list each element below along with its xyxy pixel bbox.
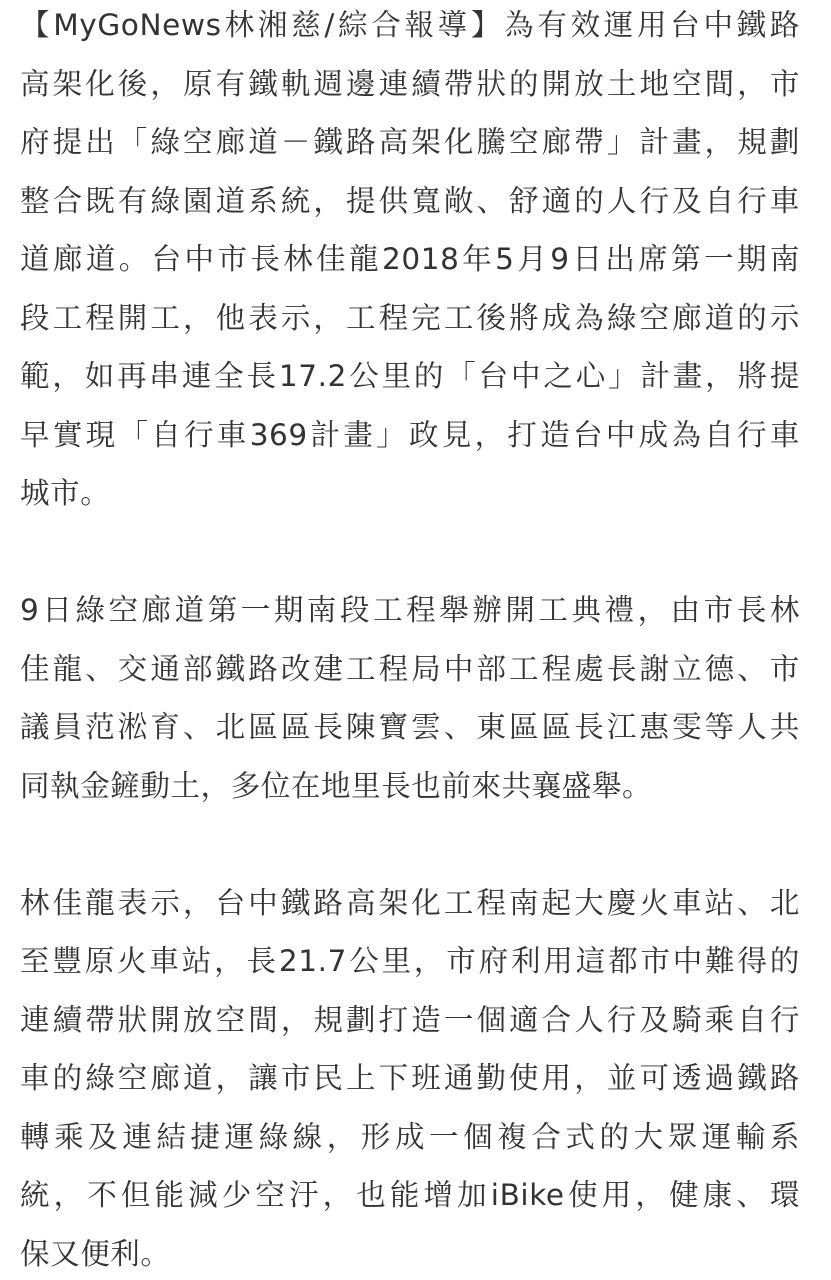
text-line: 【MyGoNews林湘慈/綜合報導】為有效運用台中鐵路 [20, 0, 800, 55]
text-line: 城市。 [20, 464, 800, 523]
text-line: 整合既有綠園道系統，提供寬敞、舒適的人行及自行車 [20, 172, 800, 231]
text-line: 佳龍、交通部鐵路改建工程局中部工程處長謝立德、市 [20, 640, 800, 699]
text-line: 轉乘及連結捷運綠線，形成一個複合式的大眾運輸系 [20, 1108, 800, 1167]
text-line: 道廊道。台中市長林佳龍2018年5月9日出席第一期南 [20, 230, 800, 289]
text-line: 同執金鏟動土，多位在地里長也前來共襄盛舉。 [20, 757, 800, 816]
article-body: 【MyGoNews林湘慈/綜合報導】為有效運用台中鐵路 高架化後，原有鐵軌週邊連… [20, 0, 800, 1280]
text-line: 林佳龍表示，台中鐵路高架化工程南起大慶火車站、北 [20, 874, 800, 933]
text-line: 範，如再串連全長17.2公里的「台中之心」計畫，將提 [20, 347, 800, 406]
text-line: 早實現「自行車369計畫」政見，打造台中成為自行車 [20, 406, 800, 465]
text-line: 保又便利。 [20, 1225, 800, 1280]
text-line: 統，不但能減少空汙，也能增加iBike使用，健康、環 [20, 1166, 800, 1225]
text-line: 高架化後，原有鐵軌週邊連續帶狀的開放土地空間，市 [20, 55, 800, 114]
text-line: 9日綠空廊道第一期南段工程舉辦開工典禮，由市長林 [20, 581, 800, 640]
text-line: 府提出「綠空廊道－鐵路高架化騰空廊帶」計畫，規劃 [20, 113, 800, 172]
paragraph-ceremony: 9日綠空廊道第一期南段工程舉辦開工典禮，由市長林 佳龍、交通部鐵路改建工程局中部… [20, 581, 800, 815]
text-line: 段工程開工，他表示，工程完工後將成為綠空廊道的示 [20, 289, 800, 348]
paragraph-intro: 【MyGoNews林湘慈/綜合報導】為有效運用台中鐵路 高架化後，原有鐵軌週邊連… [20, 0, 800, 523]
text-line: 至豐原火車站，長21.7公里，市府利用這都市中難得的 [20, 932, 800, 991]
text-line: 議員范淞育、北區區長陳寶雲、東區區長江惠雯等人共 [20, 698, 800, 757]
paragraph-mayor-statement: 林佳龍表示，台中鐵路高架化工程南起大慶火車站、北 至豐原火車站，長21.7公里，… [20, 874, 800, 1280]
text-line: 車的綠空廊道，讓市民上下班通勤使用，並可透過鐵路 [20, 1049, 800, 1108]
text-line: 連續帶狀開放空間，規劃打造一個適合人行及騎乘自行 [20, 991, 800, 1050]
